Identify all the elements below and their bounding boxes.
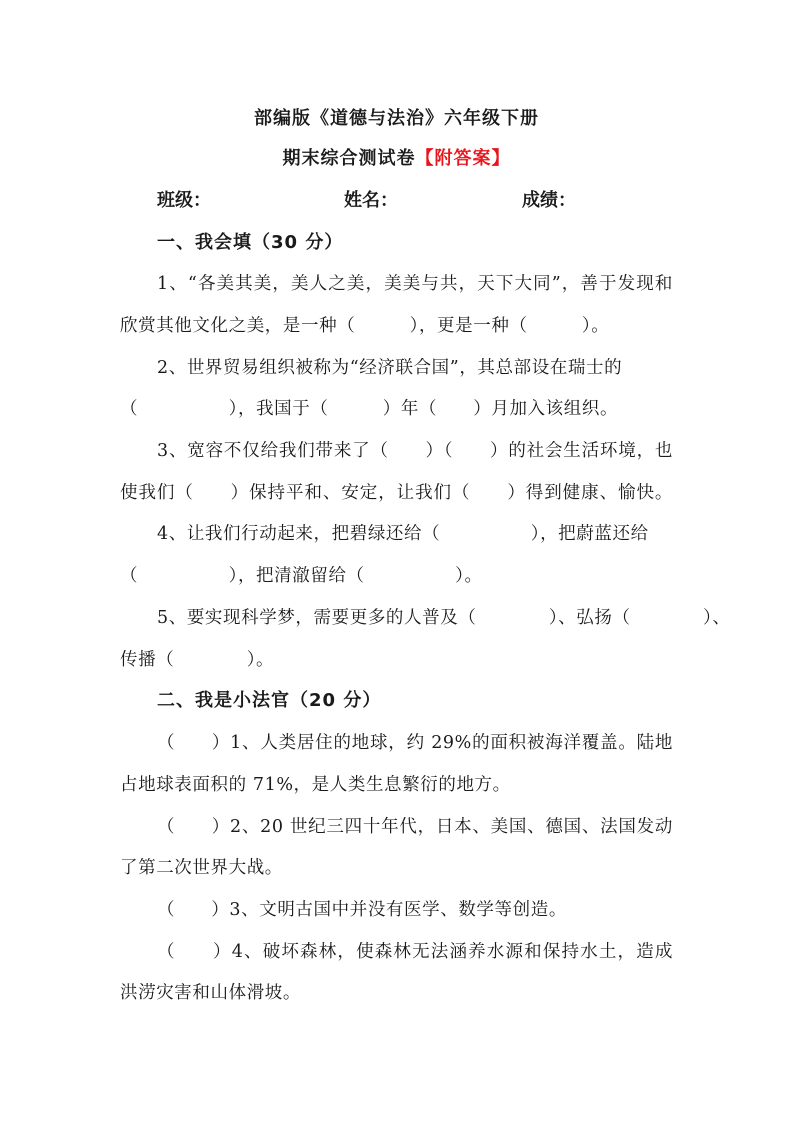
section-1-heading: 一、我会填（30 分） (157, 231, 343, 255)
s1-question-3-line1: 3、宽容不仅给我们带来了（ ）（ ）的社会生活环境，也 (157, 439, 673, 463)
section-2-heading: 二、我是小法官（20 分） (157, 689, 381, 713)
exam-page: 部编版《道德与法治》六年级下册 期末综合测试卷【附答案】 班级： 姓名： 成绩：… (0, 0, 793, 1122)
s2-question-1-line2: 占地球表面积的 71%，是人类生息繁衍的地方。 (120, 773, 673, 797)
score-field-label: 成绩： (522, 189, 576, 213)
s2-question-3-line1: （ ）3、文明古国中并没有医学、数学等创造。 (157, 898, 673, 922)
s1-question-4-line1: 4、让我们行动起来，把碧绿还给（ ），把蔚蓝还给 (157, 522, 673, 546)
s1-question-5-line2: 传播（ ）。 (120, 648, 673, 672)
s1-question-1-line1: 1、“各美其美，美人之美，美美与共，天下大同”，善于发现和 (157, 272, 673, 296)
s1-question-5-line1: 5、要实现科学梦，需要更多的人普及（ ）、弘扬（ ）、 (157, 606, 673, 630)
s1-question-3-line2: 使我们（ ）保持平和、安定，让我们（ ）得到健康、愉快。 (120, 481, 673, 505)
s1-question-2-line2: （ ），我国于（ ）年（ ）月加入该组织。 (120, 397, 673, 421)
s1-question-2-line1: 2、世界贸易组织被称为“经济联合国”，其总部设在瑞士的 (157, 356, 673, 380)
answer-key-tag: 【附答案】 (416, 148, 511, 169)
name-field-label: 姓名： (344, 189, 398, 213)
title-line1: 部编版《道德与法治》六年级下册 (254, 108, 539, 129)
s1-question-4-line2: （ ），把清澈留给（ ）。 (120, 564, 673, 588)
s2-question-2-line2: 了第二次世界大战。 (120, 856, 673, 880)
document-title: 部编版《道德与法治》六年级下册 (0, 107, 793, 131)
document-subtitle: 期末综合测试卷【附答案】 (0, 147, 793, 171)
class-field-label: 班级： (157, 189, 211, 213)
s2-question-4-line1: （ ）4、破坏森林，使森林无法涵养水源和保持水土，造成 (157, 940, 673, 964)
subtitle-main: 期末综合测试卷 (283, 148, 416, 169)
s2-question-4-line2: 洪涝灾害和山体滑坡。 (120, 981, 673, 1005)
s1-question-1-line2: 欣赏其他文化之美，是一种（ ），更是一种（ ）。 (120, 314, 673, 338)
s2-question-1-line1: （ ）1、人类居住的地球，约 29%的面积被海洋覆盖。陆地 (157, 731, 673, 755)
s2-question-2-line1: （ ）2、20 世纪三四十年代，日本、美国、德国、法国发动 (157, 815, 673, 839)
